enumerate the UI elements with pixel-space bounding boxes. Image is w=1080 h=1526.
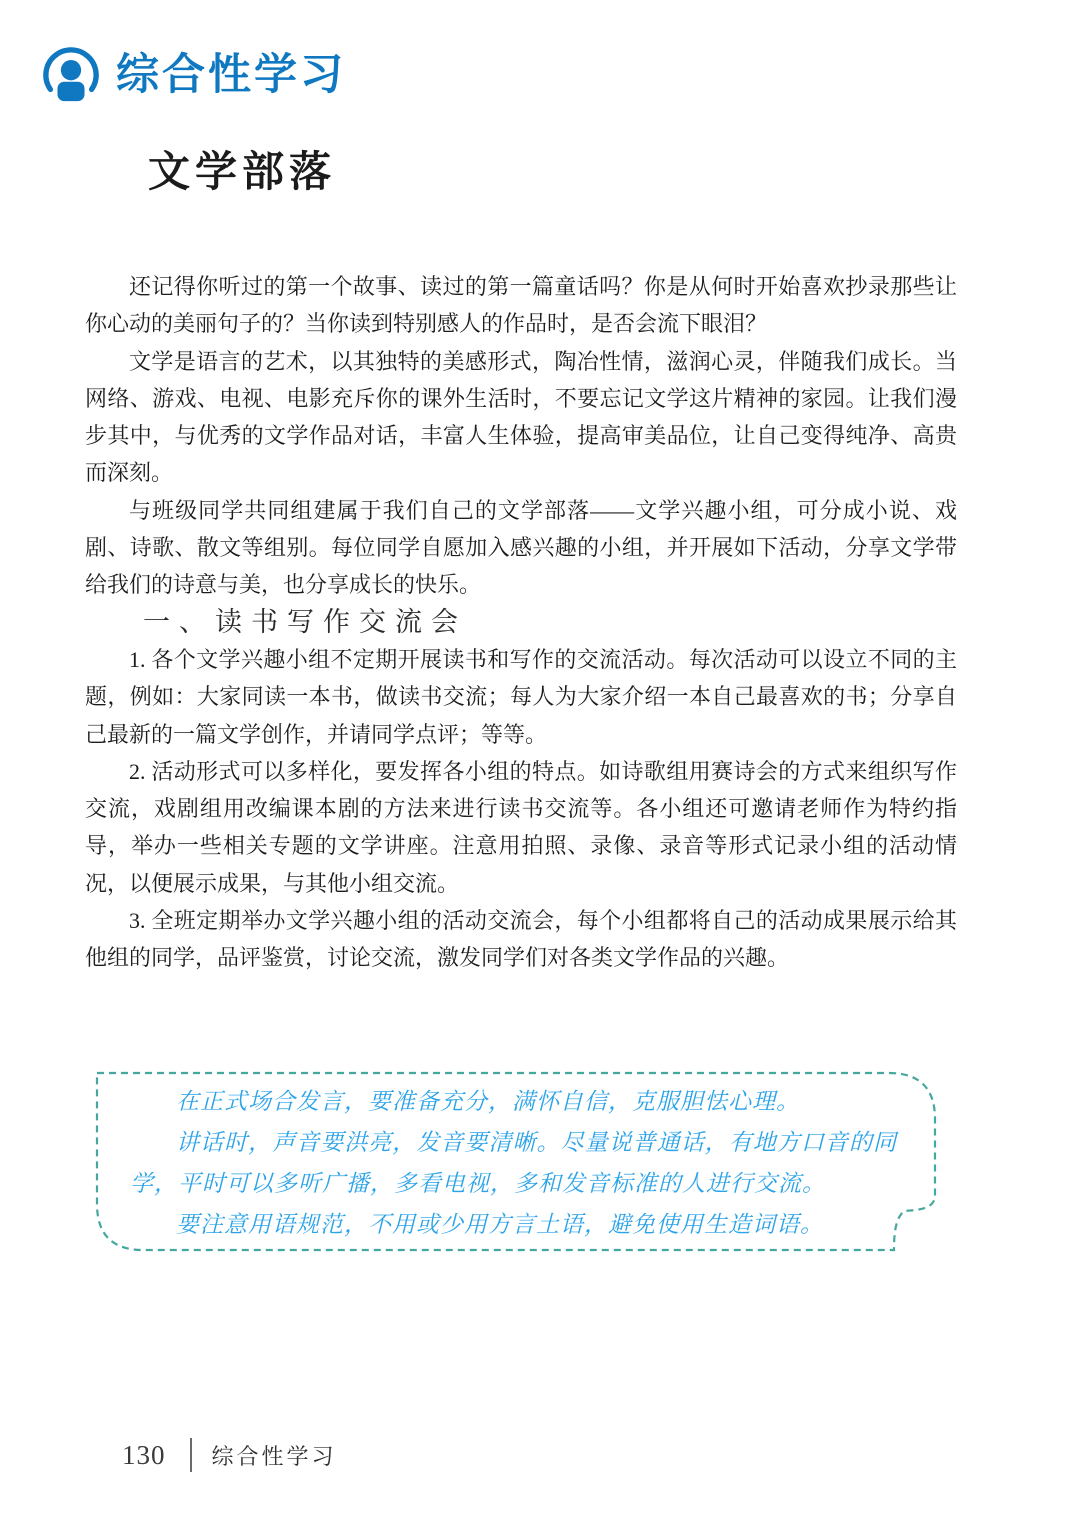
category-label: 综合性学习 <box>116 54 346 97</box>
tip-paragraph: 讲话时，声音要洪亮，发音要清晰。尽量说普通话，有地方口音的同学，平时可以多听广播… <box>130 1122 897 1204</box>
tip-text: 在正式场合发言，要准备充分，满怀自信，克服胆怯心理。 讲话时，声音要洪亮，发音要… <box>130 1081 897 1245</box>
textbook-page: 综合性学习 文学部落 还记得你听过的第一个故事、读过的第一篇童话吗？你是从何时开… <box>0 0 1080 1526</box>
tip-paragraph: 要注意用语规范，不用或少用方言土语，避免使用生造词语。 <box>130 1204 897 1245</box>
intro-paragraph: 文学是语言的艺术，以其独特的美感形式，陶冶性情，滋润心灵，伴随我们成长。当网络、… <box>85 343 957 492</box>
body-text: 还记得你听过的第一个故事、读过的第一篇童话吗？你是从何时开始喜欢抄录那些让你心动… <box>85 268 957 977</box>
page-footer: 130 综合性学习 <box>122 1438 337 1472</box>
footer-section-label: 综合性学习 <box>212 1440 337 1471</box>
person-in-circle-icon <box>42 46 100 104</box>
intro-paragraph: 还记得你听过的第一个故事、读过的第一篇童话吗？你是从何时开始喜欢抄录那些让你心动… <box>85 268 957 343</box>
page-number: 130 <box>122 1440 166 1471</box>
tip-box: 在正式场合发言，要准备充分，满怀自信，克服胆怯心理。 讲话时，声音要洪亮，发音要… <box>95 1071 937 1253</box>
section-heading: 一、读书写作交流会 <box>85 604 957 641</box>
page-title: 文学部落 <box>148 150 336 196</box>
intro-paragraph: 与班级同学共同组建属于我们自己的文学部落——文学兴趣小组，可分成小说、戏剧、诗歌… <box>85 492 957 604</box>
numbered-item: 1. 各个文学兴趣小组不定期开展读书和写作的交流活动。每次活动可以设立不同的主题… <box>85 641 957 753</box>
numbered-item: 3. 全班定期举办文学兴趣小组的活动交流会，每个小组都将自己的活动成果展示给其他… <box>85 902 957 977</box>
numbered-item: 2. 活动形式可以多样化，要发挥各小组的特点。如诗歌组用赛诗会的方式来组织写作交… <box>85 753 957 902</box>
page-header: 综合性学习 <box>42 46 346 104</box>
footer-divider <box>190 1438 192 1472</box>
tip-paragraph: 在正式场合发言，要准备充分，满怀自信，克服胆怯心理。 <box>130 1081 897 1122</box>
